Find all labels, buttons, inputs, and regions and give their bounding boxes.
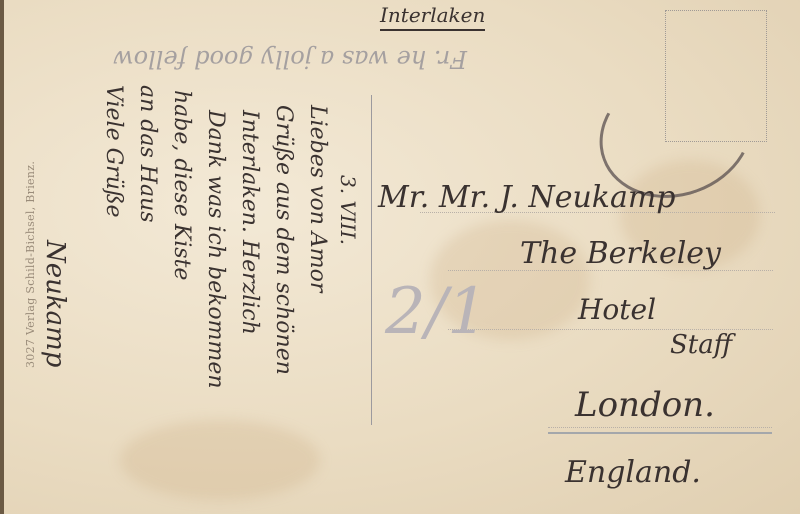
message-line: Interlaken. Herzlich <box>237 110 262 335</box>
message-line: habe, diese Kiste <box>169 90 194 280</box>
address-line <box>548 427 772 428</box>
message-text: Liebes von Amor <box>305 105 330 292</box>
address-line-4: Staff <box>670 330 732 360</box>
address-underline <box>548 432 772 434</box>
message-line: an das Haus <box>135 85 160 223</box>
address-line-1: Mr. Mr. J. Neukamp <box>378 180 675 215</box>
stain <box>120 420 320 500</box>
card-edge <box>0 0 4 514</box>
date: 3. VIII. <box>336 175 360 245</box>
publisher-imprint: 3027 Verlag Schild-Bichsel, Brienz. <box>24 161 37 368</box>
pencil-mark: 2/1 <box>385 275 488 349</box>
address-line-6: England. <box>565 455 701 490</box>
address-line-5: London. <box>575 385 715 425</box>
signature: Neukamp <box>40 240 70 367</box>
message-text: Interlaken. Herzlich <box>237 110 262 335</box>
postcard-back: 3027 Verlag Schild-Bichsel, Brienz. Inte… <box>0 0 800 514</box>
date-text: 3. VIII. <box>336 175 360 245</box>
address-line-2: The Berkeley <box>520 236 721 271</box>
message-text: an das Haus <box>135 85 160 223</box>
center-divider <box>371 95 372 425</box>
signature-text: Neukamp <box>40 240 70 367</box>
message-text: habe, diese Kiste <box>169 90 194 280</box>
address-line-3: Hotel <box>578 293 656 326</box>
place-header: Interlaken <box>380 3 485 31</box>
message-text: Viele Grüße <box>101 85 126 218</box>
message-text: Dank was ich bekommen <box>203 110 228 389</box>
message-line: Dank was ich bekommen <box>203 110 228 389</box>
message-line: Grüße aus dem schönen <box>271 105 296 375</box>
message-text: Grüße aus dem schönen <box>271 105 296 375</box>
message-line: Liebes von Amor <box>305 105 330 292</box>
message-line: Viele Grüße <box>101 85 126 218</box>
upside-down-note: Fr. he was a jolly good fellow <box>10 45 570 73</box>
